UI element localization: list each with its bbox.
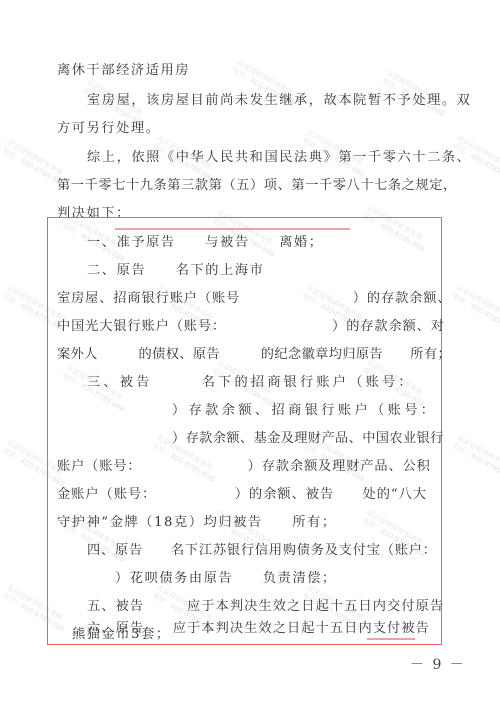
- watermark-stamp: 北京冠领律师事务所电话：400-8789-888: [450, 284, 500, 335]
- text-line-heading-housing: 离休干部经济适用房: [57, 63, 427, 79]
- judgment-item-4-line-1: 四、原告 名下江苏银行信用购债务及支付宝（账户：: [87, 543, 427, 559]
- document-page: 北京冠领律师事务所电话：400-8789-888北京冠领律师事务所电话：400-…: [0, 0, 500, 703]
- text-line-legal-basis-2: 第一千零七十九条第三款第（五）项、第一千零八十七条之规定，: [57, 178, 427, 194]
- judgment-item-3-line-1: 三、被告 名下的招商银行账户（账号：: [87, 375, 427, 391]
- judgment-item-1: 一、准予原告 与被告 离婚；: [87, 235, 427, 251]
- text-line-legal-basis-1: 综上，依照《中华人民共和国民法典》第一千零六十二条、: [87, 150, 427, 166]
- judgment-item-3-line-5: 金账户（账号： ）的余额、被告 处的“八大: [57, 487, 427, 503]
- judgment-item-3-line-4: 账户（账号： ）存款余额及理财产品、公积: [57, 459, 427, 475]
- page-number: － 9 －: [410, 654, 466, 674]
- underline-mark-pay-defendant: [367, 638, 415, 640]
- judgment-item-6-line-1: 六、原告 应于本判决生效之日起十五日内支付被告: [87, 621, 427, 637]
- judgment-item-4-line-2: ）花呗债务由原告 负责清偿；: [115, 571, 427, 587]
- judgment-item-5-line-1: 五、被告 应于本判决生效之日起十五日内交付原告: [87, 599, 427, 615]
- underline-mark-divorce: [115, 228, 350, 230]
- watermark-stamp: 北京冠领律师事务所电话：400-8789-888: [450, 434, 500, 485]
- text-line-house-status: 室房屋，该房屋目前尚未发生继承，故本院暂不予处理。双: [87, 93, 427, 109]
- judgment-item-3-line-2: ）存款余额、招商银行账户（账号：: [172, 403, 427, 419]
- text-line-separate-handling: 方可另行处理。: [57, 121, 427, 137]
- judgment-item-2-line-1: 二、原告 名下的上海市: [87, 263, 427, 279]
- judgment-item-2-line-2: 室房屋、招商银行账户（账号 ）的存款余额、: [57, 291, 427, 307]
- judgment-item-3-line-6: 守护神”金牌（18克）均归被告 所有；: [57, 515, 427, 531]
- judgment-item-2-line-4: 案外人 的债权、原告 的纪念徽章均归原告 所有；: [57, 347, 427, 363]
- judgment-item-3-line-3: ）存款余额、基金及理财产品、中国农业银行: [172, 431, 427, 447]
- judgment-item-2-line-3: 中国光大银行账户（账号： ）的存款余额、对: [57, 319, 427, 335]
